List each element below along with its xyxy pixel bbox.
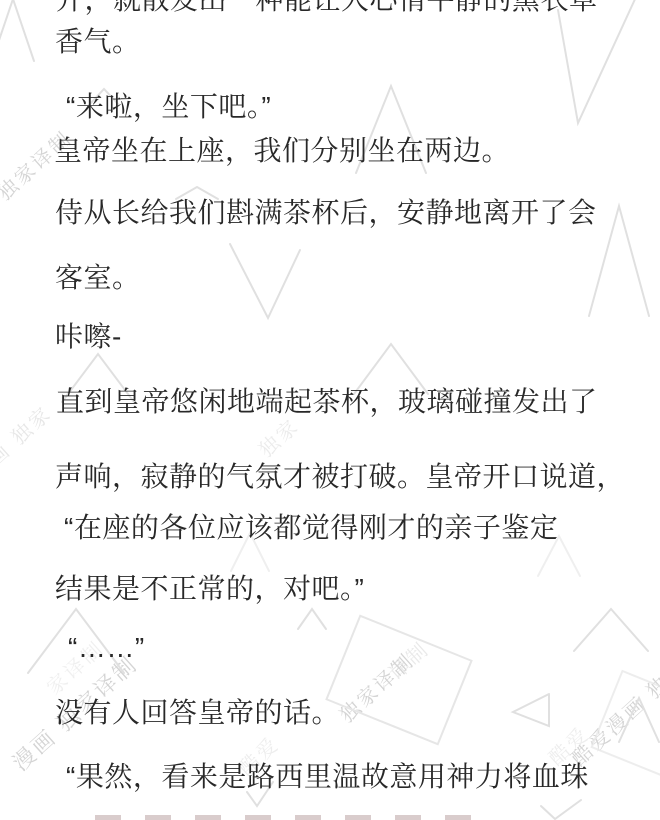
watermark-check-icon <box>226 240 304 322</box>
watermark-check-icon <box>537 798 585 820</box>
novel-text-line: 客室。 <box>55 261 141 295</box>
novel-text-line: 香气。 <box>55 25 141 59</box>
novel-text-line: “在座的各位应该都觉得刚才的亲子鉴定 <box>64 511 558 545</box>
novel-text-line: “……” <box>68 631 145 665</box>
watermark-triangle-icon <box>0 0 38 65</box>
novel-text-line: 咔嚓- <box>55 320 122 354</box>
watermark-text: 画 独家 <box>0 398 57 471</box>
novel-page[interactable]: 漫画 独家译制 画 独家 独家译制 漫画 独家译制 酷爱漫画 独家 独家 酷爱 … <box>0 0 660 820</box>
watermark-triangle-icon <box>295 606 329 632</box>
cropped-next-line <box>95 815 485 820</box>
novel-text-line: 侍从长给我们斟满茶杯后，安静地离开了会 <box>55 196 597 230</box>
watermark-check-icon <box>550 0 638 130</box>
novel-text-line: “来啦，坐下吧。” <box>66 90 271 124</box>
watermark-triangle-icon <box>616 695 660 745</box>
novel-text-line: 皇帝坐在上座，我们分别坐在两边。 <box>54 134 510 168</box>
novel-text-line: 开，就散发出一种能让人心情平静的熏衣草 <box>56 0 598 17</box>
novel-text-line: 直到皇帝悠闲地端起茶杯，玻璃碰撞发出了 <box>56 385 598 419</box>
novel-text-line: 没有人回答皇帝的话。 <box>55 696 340 730</box>
novel-text-line: 结果是不正常的，对吧。” <box>55 572 364 606</box>
watermark-triangle-icon <box>570 605 652 655</box>
novel-text-line: “果然，看来是路西里温故意用神力将血珠 <box>66 760 589 794</box>
watermark-stamp-box <box>325 614 473 745</box>
watermark-arrow-icon <box>503 690 553 730</box>
novel-text-line: 声响，寂静的气氛才被打破。皇帝开口说道， <box>55 460 625 494</box>
